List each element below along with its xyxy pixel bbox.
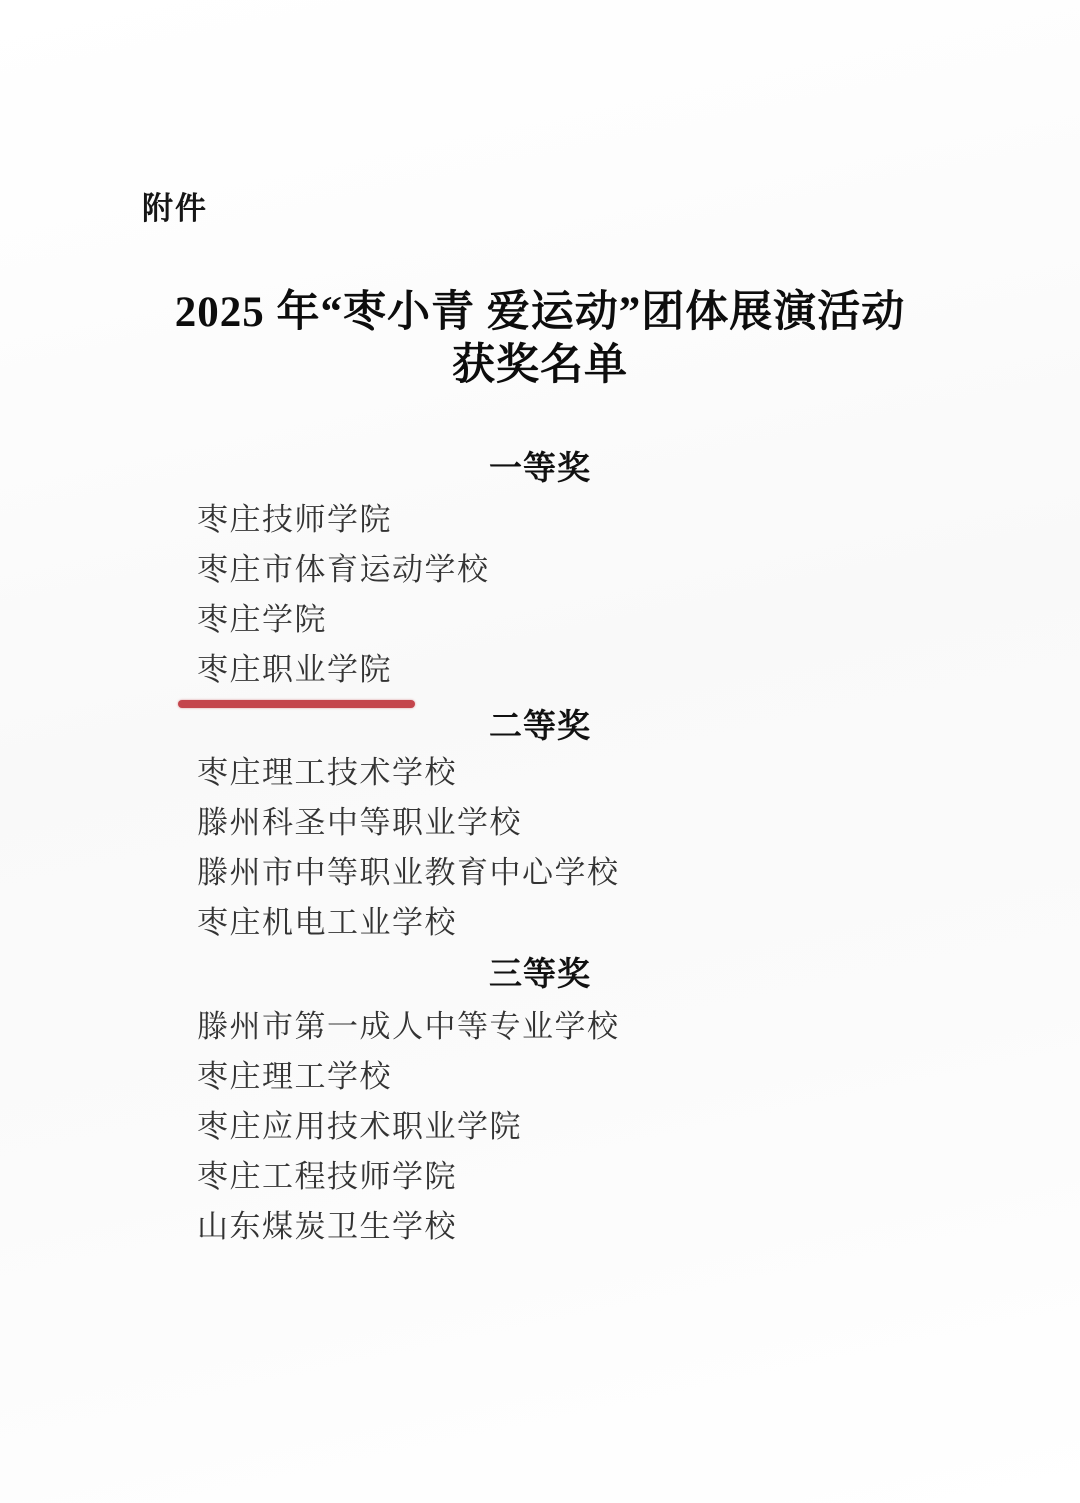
section-heading-first-prize: 一等奖	[0, 450, 1080, 486]
list-item: 枣庄应用技术职业学院	[197, 1102, 620, 1152]
third-prize-list: 滕州市第一成人中等专业学校 枣庄理工学校 枣庄应用技术职业学院 枣庄工程技师学院…	[197, 1002, 620, 1252]
red-underline-mark	[178, 700, 415, 708]
list-item: 枣庄职业学院	[197, 645, 490, 695]
list-item: 枣庄技师学院	[197, 495, 490, 545]
first-prize-list: 枣庄技师学院 枣庄市体育运动学校 枣庄学院 枣庄职业学院	[197, 495, 490, 695]
list-item: 枣庄市体育运动学校	[197, 545, 490, 595]
document-title: 2025 年“枣小青 爱运动”团体展演活动 获奖名单	[0, 286, 1080, 392]
document-page: 附件 2025 年“枣小青 爱运动”团体展演活动 获奖名单 一等奖 枣庄技师学院…	[0, 0, 1080, 1503]
list-item: 枣庄学院	[197, 595, 490, 645]
title-line-1: 2025 年“枣小青 爱运动”团体展演活动	[0, 286, 1080, 339]
list-item: 滕州市第一成人中等专业学校	[197, 1002, 620, 1052]
list-item: 山东煤炭卫生学校	[197, 1202, 620, 1252]
section-heading-third-prize: 三等奖	[0, 956, 1080, 992]
attachment-label: 附件	[142, 183, 208, 228]
list-item: 枣庄理工学校	[197, 1052, 620, 1102]
list-item: 枣庄理工技术学校	[197, 748, 620, 798]
list-item: 枣庄工程技师学院	[197, 1152, 620, 1202]
list-item: 滕州市中等职业教育中心学校	[197, 848, 620, 898]
second-prize-list: 枣庄理工技术学校 滕州科圣中等职业学校 滕州市中等职业教育中心学校 枣庄机电工业…	[197, 748, 620, 948]
title-line-2: 获奖名单	[0, 339, 1080, 392]
section-heading-second-prize: 二等奖	[0, 708, 1080, 744]
list-item: 枣庄机电工业学校	[197, 898, 620, 948]
list-item: 滕州科圣中等职业学校	[197, 798, 620, 848]
